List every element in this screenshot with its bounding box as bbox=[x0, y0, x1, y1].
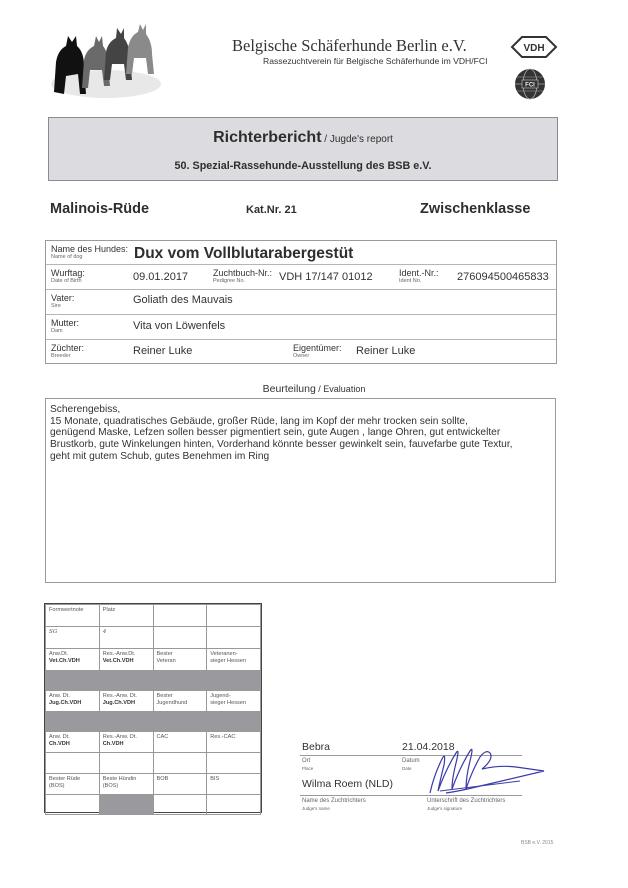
best-female-cell: Beste Hündin(BOS) bbox=[99, 774, 153, 795]
club-subtitle: Rassezuchtverein für Belgische Schäferhu… bbox=[263, 56, 488, 66]
show-class: Zwischenklasse bbox=[420, 201, 530, 217]
svg-text:FCI: FCI bbox=[525, 83, 535, 89]
dob-value: 09.01.2017 bbox=[133, 271, 188, 283]
formwertnote-value: SG bbox=[46, 627, 100, 649]
platz-label: Platz bbox=[99, 605, 153, 627]
evaluation-line: geht mit gutem Schub, gutes Benehmen im … bbox=[50, 451, 551, 463]
breeder-value: Reiner Luke bbox=[133, 345, 192, 357]
dam-row: Mutter:Dam Vita von Löwenfels bbox=[46, 314, 556, 340]
pedigree-label: Zuchtbuch-Nr.:Pedigree No. bbox=[213, 269, 272, 285]
dob-label: Wurftag:Date of Birth bbox=[51, 269, 85, 285]
evaluation-text: Scherengebiss, 15 Monate, quadratisches … bbox=[45, 398, 556, 583]
report-banner: Richterbericht / Jugde's report 50. Spez… bbox=[48, 117, 558, 181]
evaluation-line: 15 Monate, quadratisches Gebäude, großer… bbox=[50, 416, 551, 428]
sire-value: Goliath des Mauvais bbox=[133, 294, 233, 306]
report-title: Richterbericht / Jugde's report bbox=[49, 129, 557, 147]
breeder-row: Züchter:Breeder Reiner Luke Eigentümer:O… bbox=[46, 339, 556, 365]
evaluation-line: Brustkorb, gute Winkelungen hinten, Vord… bbox=[50, 439, 551, 451]
judge-name: Wilma Roem (NLD) bbox=[302, 778, 393, 790]
dogs-illustration-logo bbox=[44, 22, 164, 102]
jug-res-cell: Res.-Anw. Dt.Jug.Ch.VDH bbox=[99, 691, 153, 712]
breeder-label: Züchter:Breeder bbox=[51, 344, 84, 360]
vet-res-cell: Res.-Anw.Dt.Vet.Ch.VDH bbox=[99, 649, 153, 671]
divider bbox=[300, 795, 522, 796]
judge-signature-icon bbox=[420, 745, 550, 795]
jug-sieger-cell: Jugend-sieger Hessen bbox=[207, 691, 261, 712]
ch-res-cell: Res.-Anw. Dt.Ch.VDH bbox=[99, 732, 153, 753]
results-grid: Formwertnote Platz SG 4 Anw.Dt.Vet.Ch.VD… bbox=[44, 603, 262, 813]
platz-value: 4 bbox=[99, 627, 153, 649]
res-cac-cell: Res.-CAC bbox=[207, 732, 261, 753]
dam-label: Mutter:Dam bbox=[51, 319, 79, 335]
catalog-number: Kat.Nr. 21 bbox=[246, 204, 297, 216]
vdh-logo-icon: VDH bbox=[510, 35, 558, 59]
name-label: Name des Hundes:Name of dog bbox=[51, 245, 128, 261]
place-label: OrtPlace bbox=[302, 758, 313, 772]
vet-best-cell: BesterVeteran bbox=[153, 649, 207, 671]
evaluation-line: Scherengebiss, bbox=[50, 404, 551, 416]
place-value: Bebra bbox=[302, 741, 330, 753]
ident-value: 276094500465833 bbox=[457, 271, 549, 283]
vet-sieger-cell: Veteranen-sieger Hessen bbox=[207, 649, 261, 671]
club-name: Belgische Schäferhunde Berlin e.V. bbox=[232, 36, 467, 56]
evaluation-heading: Beurteilung / Evaluation bbox=[0, 383, 628, 395]
cac-cell: CAC bbox=[153, 732, 207, 753]
footer-copyright: BSB e.V. 2015 bbox=[521, 840, 553, 846]
bis-cell: BIS bbox=[207, 774, 261, 795]
dog-name: Dux vom Vollblutarabergestüt bbox=[134, 245, 353, 263]
fci-logo-icon: FCI bbox=[514, 68, 546, 100]
formwertnote-label: Formwertnote bbox=[46, 605, 100, 627]
sire-row: Vater:Sire Goliath des Mauvais bbox=[46, 289, 556, 315]
evaluation-line: genügend Maske, Lefzen sollen besser pig… bbox=[50, 427, 551, 439]
signature-label: Unterschrift des ZuchtrichtersJudge's si… bbox=[427, 798, 505, 812]
owner-label: Eigentümer:Owner bbox=[293, 344, 342, 360]
dam-value: Vita von Löwenfels bbox=[133, 320, 225, 332]
event-name: 50. Spezial-Rassehunde-Ausstellung des B… bbox=[49, 160, 557, 172]
svg-text:VDH: VDH bbox=[523, 43, 544, 54]
jug-best-cell: BesterJugendhund bbox=[153, 691, 207, 712]
ch-anw-cell: Anw. Dt.Ch.VDH bbox=[46, 732, 100, 753]
dob-row: Wurftag:Date of Birth 09.01.2017 Zuchtbu… bbox=[46, 264, 556, 290]
owner-value: Reiner Luke bbox=[356, 345, 415, 357]
vet-anw-cell: Anw.Dt.Vet.Ch.VDH bbox=[46, 649, 100, 671]
sire-label: Vater:Sire bbox=[51, 294, 74, 310]
jug-anw-cell: Anw. Dt.Jug.Ch.VDH bbox=[46, 691, 100, 712]
dog-info-table: Name des Hundes:Name of dog Dux vom Voll… bbox=[45, 240, 557, 364]
bob-cell: BOB bbox=[153, 774, 207, 795]
date-label: DatumDate bbox=[402, 758, 420, 772]
pedigree-value: VDH 17/147 01012 bbox=[279, 271, 373, 283]
best-male-cell: Bester Rüde(BOS) bbox=[46, 774, 100, 795]
judge-label: Name des ZuchtrichtersJudge's name bbox=[302, 798, 366, 812]
ident-label: Ident.-Nr.:Ident No. bbox=[399, 269, 439, 285]
breed-sex: Malinois-Rüde bbox=[50, 201, 149, 217]
